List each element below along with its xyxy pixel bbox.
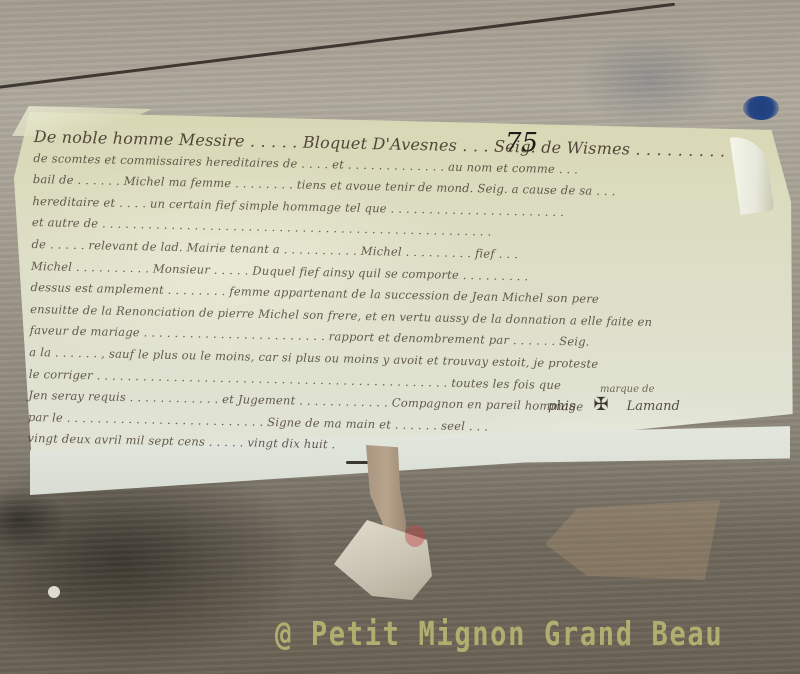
blue-ink-stain bbox=[743, 96, 779, 120]
signature-block: phis✠Lamand bbox=[548, 394, 680, 415]
red-wax-trace bbox=[405, 525, 425, 547]
nail-head bbox=[48, 586, 60, 598]
cross-mark-icon: ✠ bbox=[594, 394, 609, 415]
signature-name-right: Lamand bbox=[627, 399, 680, 414]
watermark: @ Petit Mignon Grand Beau bbox=[275, 614, 723, 653]
signature-name-left: phis bbox=[548, 399, 576, 414]
photo-scene: 75 De noble homme Messire . . . . . Bloq… bbox=[0, 0, 800, 674]
